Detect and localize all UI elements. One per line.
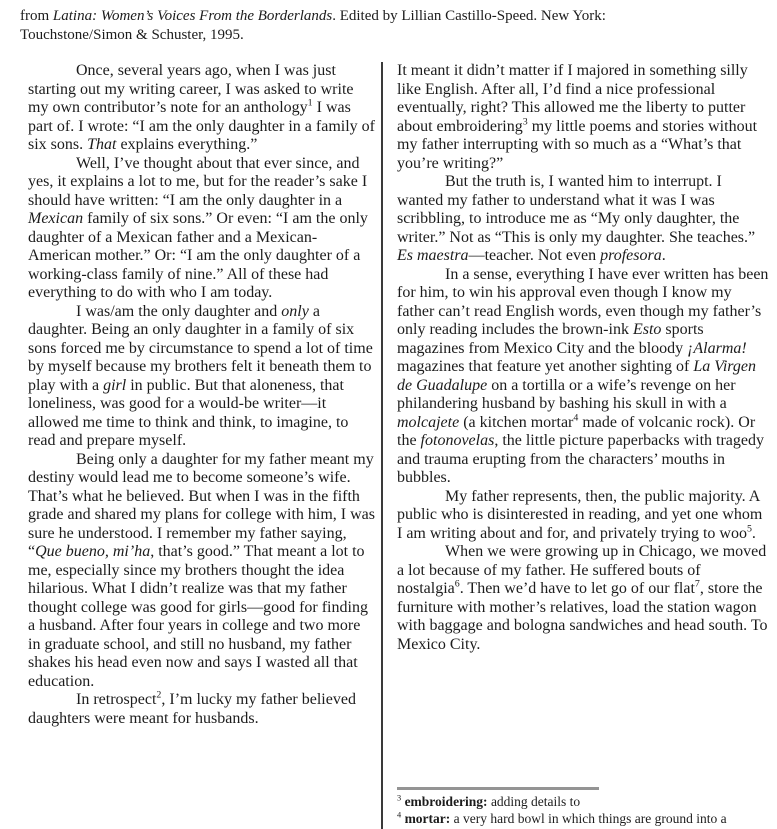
paragraph: Being only a daughter for my father mean… bbox=[28, 451, 375, 692]
column-divider-rule bbox=[381, 62, 383, 829]
footnotes-section: 3 embroidering: adding details to4 morta… bbox=[397, 787, 773, 827]
footnote: 4 mortar: a very hard bowl in which thin… bbox=[397, 811, 773, 828]
paragraph: I was/am the only daughter and only a da… bbox=[28, 303, 375, 451]
right-column: It meant it didn’t matter if I majored i… bbox=[397, 62, 771, 654]
paragraph: Once, several years ago, when I was just… bbox=[28, 62, 375, 155]
paragraph: In a sense, everything I have ever writt… bbox=[397, 266, 771, 488]
paragraph: It meant it didn’t matter if I majored i… bbox=[397, 62, 771, 173]
citation-line-2: Touchstone/Simon & Schuster, 1995. bbox=[20, 26, 760, 45]
document-page: from Latina: Women’s Voices From the Bor… bbox=[0, 0, 777, 829]
footnote-separator-rule bbox=[397, 787, 599, 790]
footnote-list: 3 embroidering: adding details to4 morta… bbox=[397, 794, 773, 827]
paragraph: In retrospect2, I’m lucky my father beli… bbox=[28, 691, 375, 728]
source-citation: from Latina: Women’s Voices From the Bor… bbox=[20, 7, 760, 44]
paragraph: My father represents, then, the public m… bbox=[397, 488, 771, 544]
citation-line-1: from Latina: Women’s Voices From the Bor… bbox=[20, 7, 760, 26]
footnote: 3 embroidering: adding details to bbox=[397, 794, 773, 811]
paragraph: Well, I’ve thought about that ever since… bbox=[28, 155, 375, 303]
paragraph: When we were growing up in Chicago, we m… bbox=[397, 543, 771, 654]
left-column: Once, several years ago, when I was just… bbox=[28, 62, 375, 728]
paragraph: But the truth is, I wanted him to interr… bbox=[397, 173, 771, 266]
